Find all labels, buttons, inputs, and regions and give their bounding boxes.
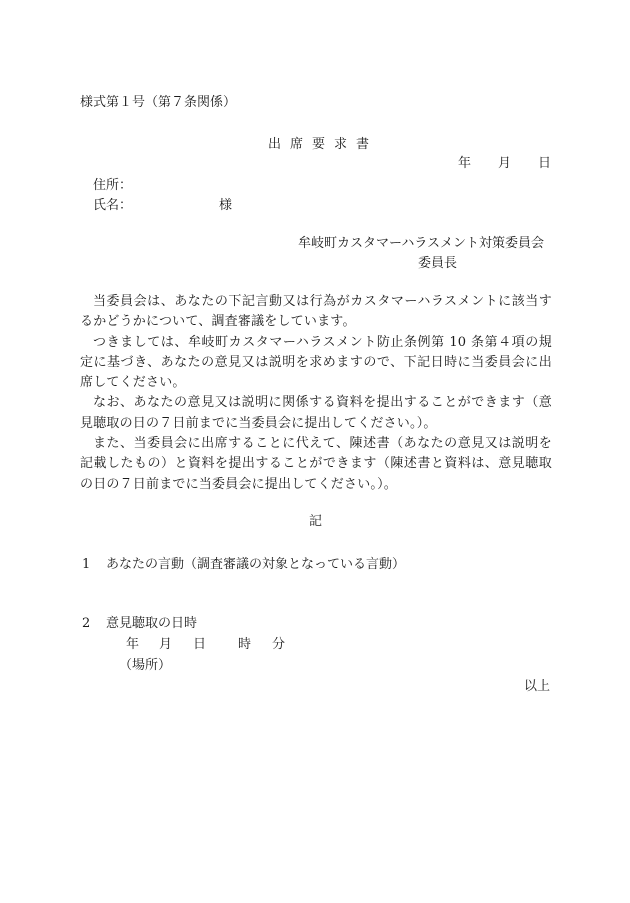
body-paragraph: 当委員会は、あなたの下記言動又は行為がカスタマーハラスメントに該当するかどうかに… (80, 292, 552, 333)
address-label: 住所： (93, 176, 132, 196)
body-paragraph: つきましては、牟岐町カスタマーハラスメント防止条例第 10 条第４項の規定に基づ… (80, 333, 552, 394)
body-paragraph: なお、あなたの意見又は説明に関係する資料を提出することができます（意見聴取の日の… (80, 393, 552, 434)
body-text: 当委員会は、あなたの下記言動又は行為がカスタマーハラスメントに該当するかどうかに… (80, 292, 552, 495)
hearing-hour-label: 時 (238, 635, 251, 655)
hearing-minute-label: 分 (272, 635, 285, 655)
name-label: 氏名： (93, 196, 132, 216)
document-title: 出席要求書 (268, 135, 378, 155)
ki-heading: 記 (309, 512, 322, 532)
date-day-label: 日 (538, 154, 551, 174)
body-paragraph: また、当委員会に出席することに代えて、陳述書（あなたの意見又は説明を記載したもの… (80, 434, 552, 495)
date-month-label: 月 (498, 154, 511, 174)
item-label: 意見聴取の日時 (106, 614, 197, 634)
sender-position: 委員長 (418, 254, 457, 274)
sender-organization: 牟岐町カスタマーハラスメント対策委員会 (298, 234, 544, 254)
item-number: 2 (82, 614, 90, 634)
place-label: （場所） (119, 656, 171, 676)
hearing-year-label: 年 (126, 635, 139, 655)
item-number: 1 (82, 555, 90, 575)
form-label: 様式第１号（第７条関係） (80, 93, 236, 113)
item-label: あなたの言動（調査審議の対象となっている言動） (106, 555, 405, 575)
date-year-label: 年 (458, 154, 471, 174)
hearing-month-label: 月 (159, 635, 172, 655)
honorific: 様 (219, 196, 232, 216)
closing-text: 以上 (524, 677, 550, 697)
hearing-day-label: 日 (193, 635, 206, 655)
